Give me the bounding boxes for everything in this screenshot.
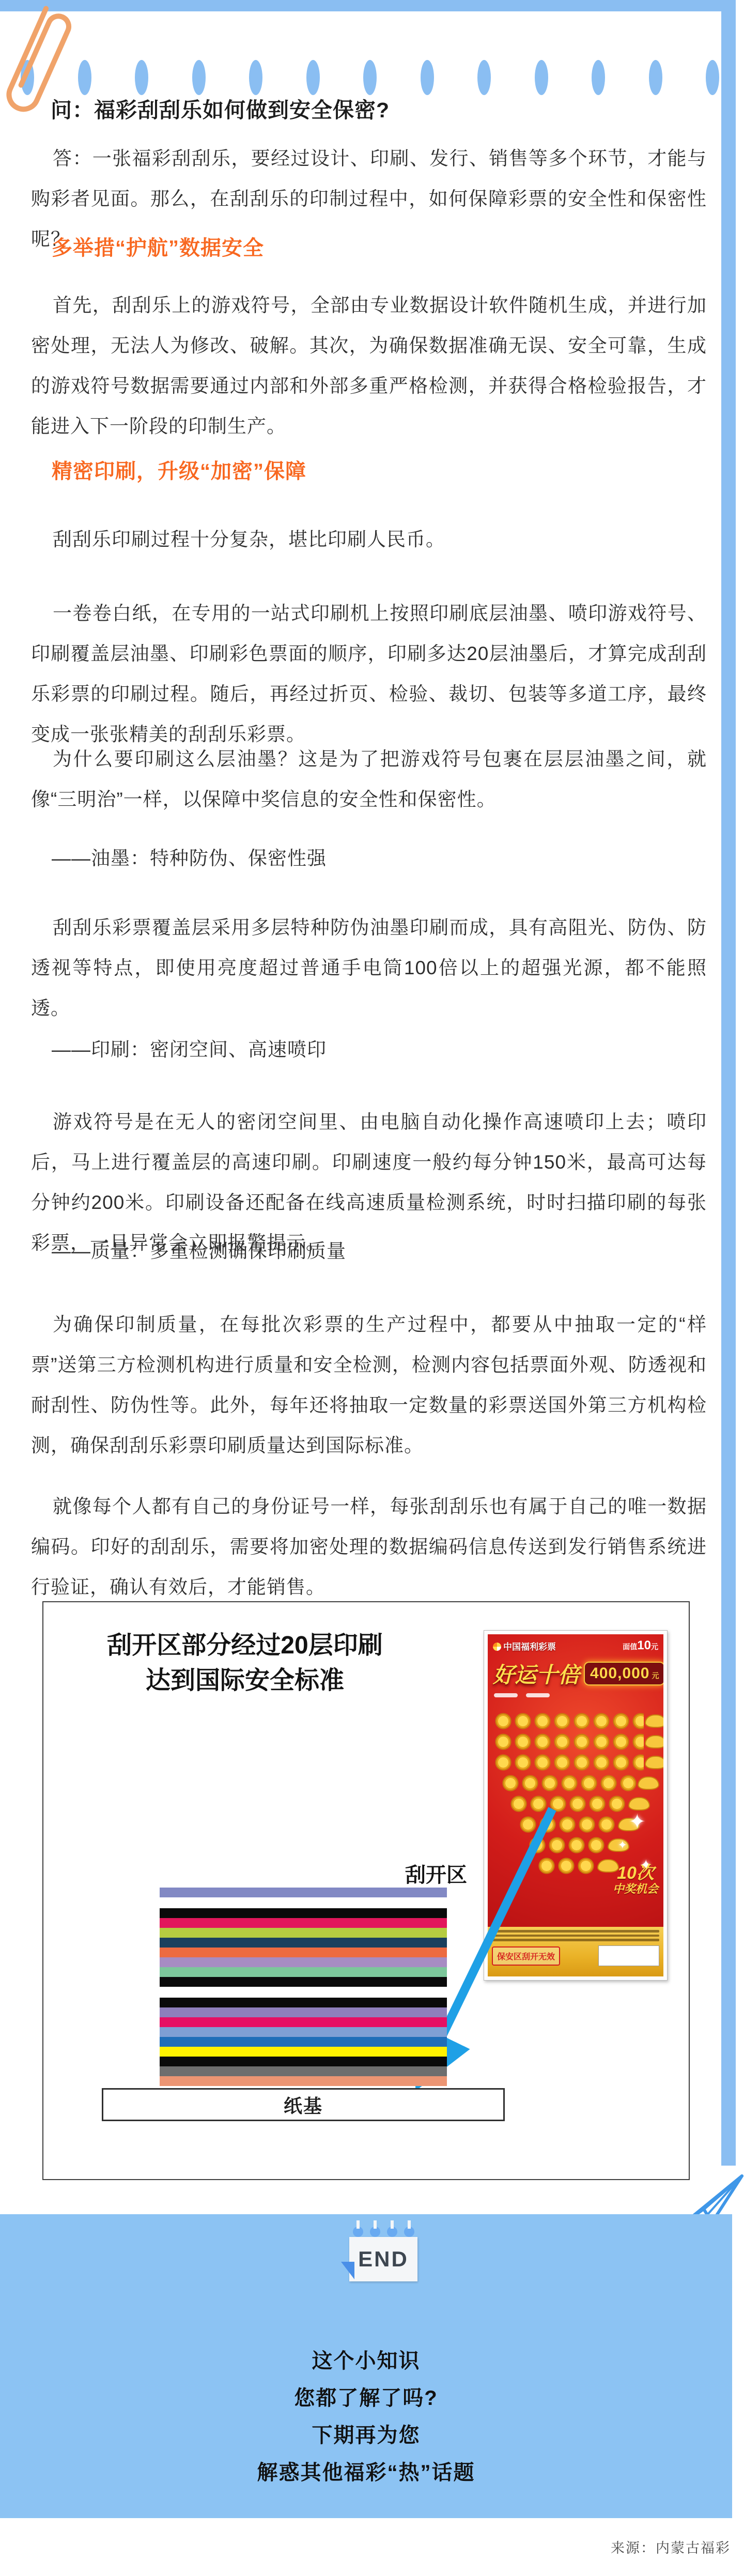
- footer-line-1: 这个小知识: [0, 2344, 732, 2374]
- ticket-chances: 10次 中奖机会: [613, 1864, 658, 1895]
- section2-paragraph3: 为什么要印刷这么层油墨？这是为了把游戏符号包裹在层层油墨之间，就像“三明治”一样…: [31, 739, 707, 820]
- ticket-security-zone: 保安区刮开无效: [488, 1927, 663, 1976]
- section2-paragraph2: 一卷卷白纸，在专用的一站式印刷机上按照印刷底层油墨、喷印游戏符号、印刷覆盖层油墨…: [31, 593, 707, 755]
- source-credit: 来源：内蒙古福彩: [611, 2537, 731, 2557]
- sparkle-icon: ✦: [618, 1838, 627, 1852]
- section2-paragraph1: 刮刮乐印刷过程十分复杂，堪比印刷人民币。: [31, 519, 707, 560]
- printing-subheading: ——印刷：密闭空间、高速喷印: [52, 1034, 327, 1062]
- ticket-rules-lines: [492, 1930, 659, 1941]
- end-label: END: [358, 2247, 409, 2272]
- ticket-prize-amount: 400,000: [590, 1665, 649, 1682]
- ink-paragraph: 刮刮乐彩票覆盖层采用多层特种防伪油墨印刷而成，具有高阻光、防伪、防透视等特点，即…: [31, 908, 707, 1029]
- ticket-barcode: [598, 1945, 659, 1966]
- right-blue-strip: [721, 11, 736, 2166]
- ticket-brand: 中国福利彩票: [493, 1639, 556, 1652]
- ticket-small-marks: [488, 1689, 663, 1697]
- question-title: 问：福彩刮刮乐如何做到安全保密?: [51, 93, 390, 124]
- sparkle-icon: ✦: [628, 1810, 646, 1834]
- welfare-lottery-logo-icon: [493, 1643, 501, 1651]
- quality-subheading: ——质量：多重检测确保印刷质量: [52, 1235, 346, 1263]
- article-page: 问：福彩刮刮乐如何做到安全保密? 答：一张福彩刮刮乐，要经过设计、印刷、发行、销…: [0, 0, 744, 2576]
- figure-caption: 刮开区部分经过20层印刷 达到国际安全标准: [64, 1628, 426, 1698]
- footer-panel: END 这个小知识 您都了解了吗? 下期再为您 解惑其他福彩“热”话题: [0, 2214, 732, 2518]
- ticket-prize-plaque: 400,000 元: [584, 1662, 663, 1685]
- scratch-area-label: 刮开区: [405, 1859, 467, 1888]
- print-layers-figure: 刮开区部分经过20层印刷 达到国际安全标准 中国福利彩票 面值10元 好运十倍 …: [42, 1601, 690, 2180]
- paper-base-box: 纸基: [102, 2088, 505, 2121]
- footer-line-4: 解惑其他福彩“热”话题: [0, 2456, 732, 2486]
- ticket-coin-rows: [494, 1712, 649, 1877]
- ink-layer-stack: [160, 1888, 447, 2086]
- ticket-security-text: 保安区刮开无效: [492, 1946, 560, 1966]
- section1-heading: 多举措“护航”数据安全: [52, 232, 264, 261]
- scratch-ticket-image: 中国福利彩票 面值10元 好运十倍 400,000 元: [484, 1630, 668, 1981]
- ticket-title: 好运十倍: [493, 1658, 580, 1689]
- top-blue-bar: [0, 0, 736, 11]
- paper-base-label: 纸基: [284, 2092, 323, 2118]
- section1-paragraph: 首先，刮刮乐上的游戏符号，全部由专业数据设计软件随机生成，并进行加密处理，无法人…: [31, 285, 707, 447]
- scratch-ticket-face: 中国福利彩票 面值10元 好运十倍 400,000 元: [488, 1634, 663, 1976]
- ticket-prize-unit: 元: [652, 1670, 659, 1681]
- ticket-price: 面值10元: [623, 1638, 658, 1653]
- figure-caption-line1: 刮开区部分经过20层印刷: [64, 1628, 426, 1663]
- perforation-dots: [21, 60, 719, 95]
- ink-subheading: ——油墨：特种防伪、保密性强: [52, 842, 327, 870]
- figure-caption-line2: 达到国际安全标准: [64, 1663, 426, 1698]
- footer-line-3: 下期再为您: [0, 2419, 732, 2448]
- footer-line-2: 您都了解了吗?: [0, 2382, 732, 2411]
- quality-paragraph: 为确保印制质量，在每批次彩票的生产过程中，都要从中抽取一定的“样票”送第三方检测…: [31, 1305, 707, 1466]
- section2-heading: 精密印刷，升级“加密”保障: [52, 455, 306, 484]
- end-badge: END: [349, 2237, 417, 2281]
- closing-paragraph: 就像每个人都有自己的身份证号一样，每张刮刮乐也有属于自己的唯一数据编码。印好的刮…: [31, 1486, 707, 1607]
- end-badge-holes: [349, 2227, 417, 2237]
